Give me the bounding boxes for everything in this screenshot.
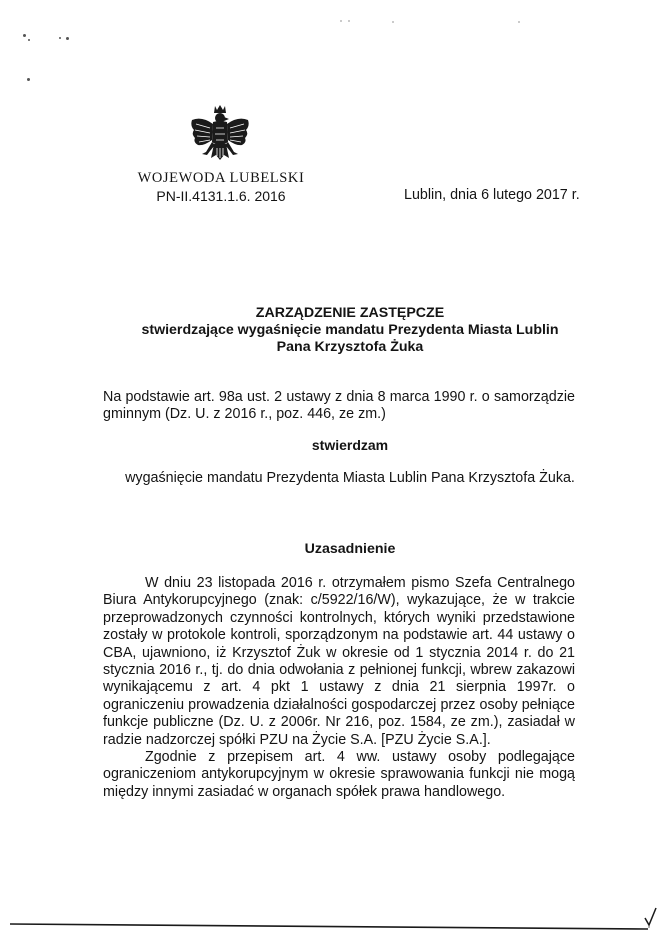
scan-speck xyxy=(27,78,30,81)
issuer-name: WOJEWODA LUBELSKI xyxy=(136,170,306,187)
scan-speck xyxy=(23,34,26,37)
legal-basis-paragraph: Na podstawie art. 98a ust. 2 ustawy z dn… xyxy=(103,389,575,424)
document-title: ZARZĄDZENIE ZASTĘPCZE stwierdzające wyga… xyxy=(90,305,610,356)
title-line-1: ZARZĄDZENIE ZASTĘPCZE xyxy=(90,305,610,322)
legal-basis-text: Na podstawie art. 98a ust. 2 ustawy z dn… xyxy=(103,389,575,424)
justification-body: W dniu 23 listopada 2016 r. otrzymałem p… xyxy=(103,575,575,801)
scan-speck xyxy=(518,21,520,23)
reference-number: PN-II.4131.1.6. 2016 xyxy=(136,188,306,204)
scan-speck xyxy=(392,21,394,23)
title-line-3: Pana Krzysztofa Żuka xyxy=(90,339,610,356)
footer-separator-line xyxy=(8,918,648,928)
check-mark-icon xyxy=(644,906,658,928)
justification-paragraph: Zgodnie z przepisem art. 4 ww. ustawy os… xyxy=(103,749,575,801)
decision-text: wygaśnięcie mandatu Prezydenta Miasta Lu… xyxy=(90,470,610,486)
decision-verb: stwierdzam xyxy=(90,437,610,453)
justification-paragraph: W dniu 23 listopada 2016 r. otrzymałem p… xyxy=(103,575,575,749)
scan-speck xyxy=(348,20,350,22)
scan-speck xyxy=(59,37,61,39)
scan-speck xyxy=(28,39,30,41)
scan-speck xyxy=(340,20,342,22)
title-line-2: stwierdzające wygaśnięcie mandatu Prezyd… xyxy=(90,322,610,339)
scan-speck xyxy=(66,37,69,40)
place-and-date: Lublin, dnia 6 lutego 2017 r. xyxy=(404,187,580,203)
document-page: WOJEWODA LUBELSKI PN-II.4131.1.6. 2016 L… xyxy=(0,0,665,949)
polish-eagle-emblem-icon xyxy=(188,104,252,170)
justification-heading: Uzasadnienie xyxy=(90,541,610,557)
